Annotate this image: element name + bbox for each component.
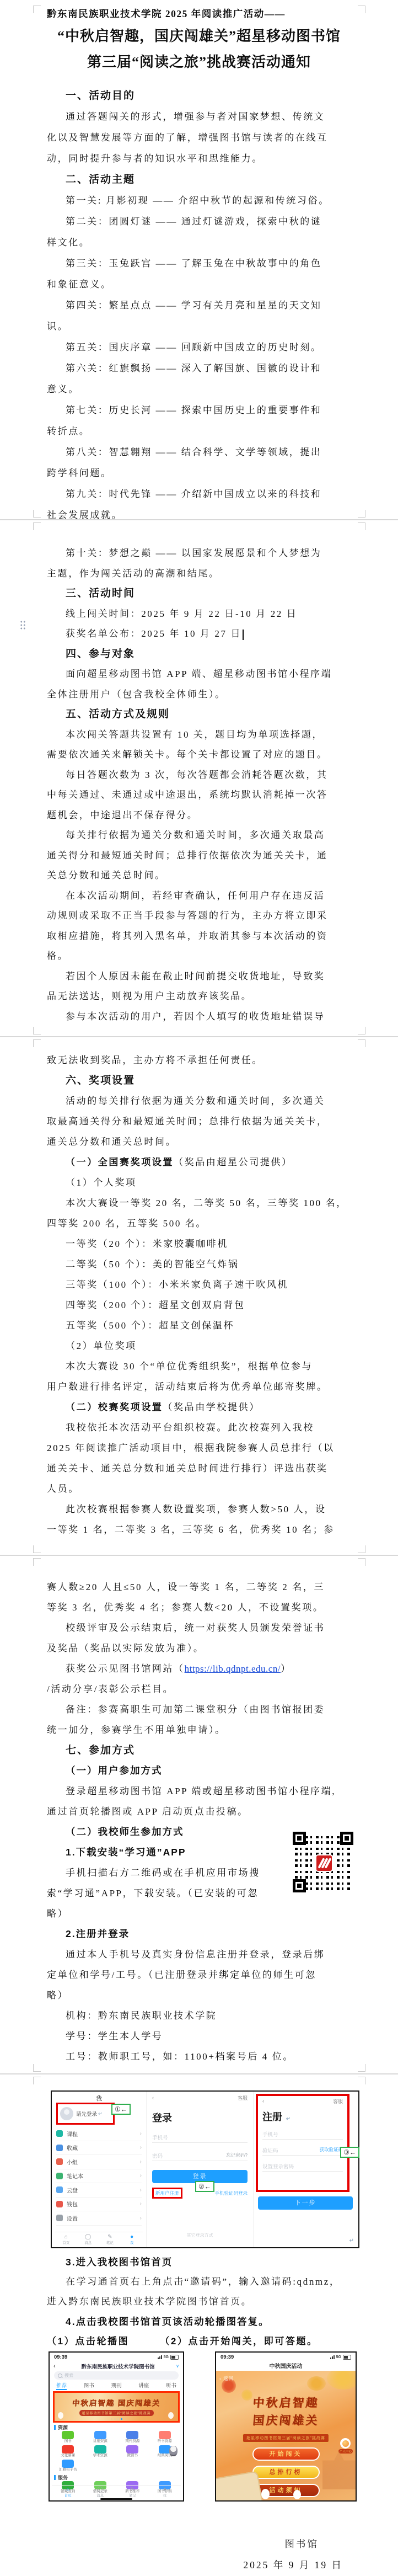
activity-page-screenshot: 09:39 5G 中秋国庆活动 ‹ 返回 中秋启智趣 国庆闯雄关 超星移动图书馆… [215, 2351, 357, 2502]
doc-line: （2）单位奖项 [47, 1336, 362, 1356]
期刊资源-icon [126, 2431, 138, 2439]
doc-line: 每关排行依据为通关分数和通关时间，多次通关取最高 [47, 825, 362, 846]
doc-line: （一）用户参加方式 [47, 1761, 362, 1781]
doc-line: 第六关：红旗飘扬 —— 深入了解国旗、国徽的设计和 [47, 358, 362, 379]
menu-label: 设置 [67, 2214, 140, 2222]
doc-line: 第一关: 月影初现 —— 介绍中秋节的起源和传统习俗。 [47, 190, 362, 211]
page-break [0, 2073, 398, 2074]
profile-tab-title: 我 [56, 2094, 142, 2102]
doc-line: 第九关：时代先锋 —— 介绍新中国成立以来的科技和 [47, 484, 362, 505]
doc-line: 动，同时提升参与者的知识水平和思维能力。 [47, 148, 362, 169]
page-corner-mark [358, 2077, 365, 2084]
page-break [0, 1555, 398, 1556]
banner-subtitle: 超星移动图书馆第三届“阅读之旅”挑战赛 [79, 2410, 154, 2416]
chevron-down-icon: ∨ [176, 2364, 179, 2369]
tab-笔记: ✎笔记 [99, 2234, 121, 2245]
poster-title-line1: 中秋启智趣 [216, 2394, 356, 2410]
notice-document: 黔东南民族职业技术学院 2025 年阅读推广活动—— “中秋启智趣，国庆闯雄关”… [0, 0, 398, 2576]
tab-icon: ✎ [99, 2234, 121, 2240]
小组-icon [56, 2158, 63, 2165]
section-services: 服务 [58, 2474, 68, 2481]
menu-label: 收藏 [67, 2143, 140, 2152]
doc-line: 第五关：国庆序章 —— 回顾新中国成立的历史时刻。 [47, 337, 362, 358]
tab-icon: ⌂ [52, 2487, 84, 2493]
学术资源-icon [94, 2445, 106, 2454]
page-corner-mark [33, 6, 41, 13]
doc-line: 在本次活动期间，若经审查确认，任何用户存在违反活 [47, 886, 362, 906]
page-corner-mark [358, 510, 365, 518]
password-field-placeholder: 密码 [152, 2152, 163, 2161]
doc-line-part: （二）校赛奖项设置 [66, 1402, 163, 1412]
page-corner-mark [33, 1558, 41, 1566]
doc-line: 线上闯关时间：2025 年 9 月 22 日-10 月 22 日 [47, 604, 362, 625]
chevron-right-icon: › [140, 2187, 142, 2193]
menu-item-设置: 设置› [56, 2211, 142, 2226]
rabbit-illustration [293, 2490, 301, 2499]
doc-line: 识。 [47, 316, 362, 337]
doc-line: 面向超星移动图书馆 APP 端、超星移动图书馆小程序端 [47, 664, 362, 685]
doc-line: 需要依次通关来解锁关卡。每个关卡都设置了对应的题目。 [47, 745, 362, 765]
tab-label: 笔记 [106, 2241, 114, 2245]
doc-line: 主题，作为闯关活动的高潮和结尾。 [47, 564, 362, 584]
page-corner-mark [33, 2077, 41, 2084]
doc-line: （一）全国赛奖项设置（奖品由超星公司提供） [47, 1152, 362, 1172]
doc-line: 通关得分和最短通关时间；总排行依据依次为通关关卡，通 [47, 846, 362, 866]
menu-item-钱包: 钱包› [56, 2198, 142, 2212]
app-entry-听书资源: 听书资源 [149, 2430, 181, 2445]
doc-line-part: （一）全国赛奖项设置 [66, 1157, 174, 1167]
doc-title-line2: 第三届“阅读之旅”挑战赛活动通知 [0, 49, 398, 75]
tab-icon: ◯ [84, 2487, 117, 2493]
profile-center-button: 个人中心 [338, 2438, 353, 2454]
start-challenge-button: 开始闯关 [252, 2447, 320, 2461]
paragraph-drag-handle-icon [20, 620, 26, 630]
menu-item-收藏: 收藏› [56, 2141, 142, 2156]
doc-line: 一等奖（20 个）：米家胶囊咖啡机 [47, 1234, 362, 1254]
forgot-password-link: 忘记密码? [226, 2152, 248, 2161]
doc-line-part: （1）点击轮播图 [47, 2336, 129, 2346]
moon-icon [340, 2438, 351, 2449]
doc-line: 通关关卡、通关总分数和通关总时间进行排行）评选出获奖 [47, 1458, 362, 1479]
phone-field-placeholder: 手机号 [262, 2130, 278, 2139]
page1-text: 一、活动目的通过答题闯关的形式，增强参与者对国家梦想、传统文化以及智慧发展等方面… [47, 86, 362, 526]
听书资源-icon [159, 2431, 171, 2439]
qr-finder-icon [293, 1879, 306, 1892]
new-user-register-link: 新用户注册 [152, 2188, 182, 2199]
register-title: 注册 ↵ [262, 2109, 343, 2124]
doc-header-line: 黔东南民族职业技术学院 2025 年阅读推广活动—— [47, 7, 359, 20]
carousel-dots [55, 2418, 178, 2420]
doc-line: 一等奖 1 名，二等奖 3 名，三等奖 6 名，优秀奖 10 名；参 [47, 1519, 362, 1540]
doc-line: 通关总分数和通关总时间。 [47, 1132, 362, 1152]
chevron-right-icon: › [140, 2173, 142, 2179]
page-corner-mark [33, 1545, 41, 1553]
page-corner-mark [33, 1039, 41, 1047]
doc-line: 四、参与对象 [47, 644, 362, 665]
step2-badge: ②← [195, 2181, 214, 2192]
doc-line: 全体注册用户（包含我校全体师生）。 [47, 685, 362, 705]
login-title: 登录 [152, 2110, 248, 2125]
doc-line: 备注：参赛高职生可加第二课堂积分（由图书馆报团委 [47, 1699, 362, 1720]
page-corner-mark [358, 522, 365, 530]
register-title-text: 注册 [262, 2111, 282, 2122]
login-prompt: 请先登录 [76, 2110, 97, 2118]
tab-label: 消息 [96, 2494, 104, 2498]
menu-item-课程: 课程› [56, 2127, 142, 2141]
page-break [0, 1036, 398, 1037]
service-link: 客服 [333, 2098, 343, 2105]
library-nav-title: 黔东南民族职业技术学院图书馆 [60, 2362, 176, 2370]
activity-nav-title: 中秋国庆活动 [216, 2361, 356, 2370]
entry-label: 期刊资源 [116, 2439, 149, 2444]
笔记本-icon [56, 2173, 63, 2179]
page-corner-mark [358, 1039, 365, 1047]
doc-line: 若因个人原因未能在截止时间前提交收货地址，导致奖 [47, 967, 362, 987]
doc-line: 第七关：历史长河 —— 探索中国历史上的重要事件和 [47, 400, 362, 421]
tab-推荐: 推荐 [56, 2381, 67, 2390]
menu-label: 钱包 [67, 2200, 140, 2208]
doc-line: 等奖 3 名，优秀奖 4 名；参赛人数<20 人，不设置奖项。 [47, 1597, 362, 1618]
tab-首页: ⌂首页 [55, 2234, 77, 2245]
page-corner-mark [358, 6, 365, 13]
return-mark-icon: ↵ [98, 2111, 103, 2117]
network-label: 5G [336, 2355, 341, 2359]
doc-line: 跨学科问题。 [47, 463, 362, 484]
get-code-link: 获取验证码 [319, 2146, 343, 2155]
home-indicator [100, 2498, 132, 2500]
doc-line: 取相应措施，将其列入黑名单，并取消其参与本次活动的资 [47, 926, 362, 947]
tab-icon: ✎ [116, 2487, 149, 2493]
chevron-right-icon: › [140, 2201, 142, 2207]
tab-首页: ⌂首页 [52, 2487, 84, 2498]
battery-icon [170, 2355, 179, 2360]
tab-icon: ◯ [77, 2234, 99, 2240]
doc-line: 略） [47, 1985, 362, 2006]
doc-line: 通过答题闯关的形式，增强参与者对国家梦想、传统文 [47, 106, 362, 127]
收藏-icon [56, 2145, 63, 2151]
云盘-icon [56, 2186, 63, 2193]
register-panel: ‹ 客服 注册 ↵ 手机号 验证码 获取验证码 设置登录密码 下一步 ③← [254, 2092, 357, 2247]
library-website-link[interactable]: https://lib.qdnpt.edu.cn/ [185, 1663, 281, 1674]
step1-badge: ①← [111, 2104, 131, 2115]
doc-line: 通过首页轮播图或 APP 启动页点击投稿。 [47, 1801, 362, 1822]
resources-grid: 图书讲座资源期刊资源听书资源文化慕课学术资源微读书经典阅读汇雅电子书 [50, 2430, 183, 2473]
back-icon: ‹ [262, 2098, 264, 2104]
page-corner-mark [358, 1545, 365, 1553]
tab-我: ●我 [121, 2234, 143, 2245]
doc-line: 4.点击我校图书馆首页该活动轮播图答复。 [47, 2312, 362, 2332]
doc-line: 样文化。 [47, 232, 362, 253]
doc-line: 2025 年阅读推广活动项目中，根据我院参赛人员总排行（以 [47, 1438, 362, 1458]
doc-line: 通过本人手机号及真实身份信息注册并登录，登录后绑 [47, 1944, 362, 1965]
doc-line: 一、活动目的 [47, 86, 362, 106]
tab-icon: ⌂ [55, 2234, 77, 2240]
设置-icon [56, 2215, 63, 2221]
tab-icon: ● [121, 2234, 143, 2240]
doc-line: 3.进入我校图书馆首页 [47, 2252, 362, 2272]
page-corner-mark [33, 510, 41, 518]
entry-label: 文化慕课 [52, 2454, 84, 2458]
profile-menu: 课程›收藏›小组›笔记本›云盘›钱包›设置› [56, 2127, 142, 2226]
tab-听书: 听书 [166, 2381, 176, 2390]
app-entry-微读书: 微读书 [116, 2445, 149, 2459]
qr-finder-icon [293, 1832, 306, 1845]
page5-text: 3.进入我校图书馆首页在学习通首页右上角点击“邀请码”，输入邀请码:qdnmz，… [47, 2252, 362, 2351]
tab-label: 我 [163, 2494, 167, 2498]
app-steps-screenshot: 我 请先登录 ↵ ①← 课程›收藏›小组›笔记本›云盘›钱包›设置› ⌂首页◯消… [51, 2090, 359, 2248]
poster-title-line2: 国庆闯雄关 [216, 2412, 356, 2428]
图书-icon [62, 2431, 74, 2439]
code-field-placeholder: 验证码 [262, 2146, 278, 2155]
tab-我: ●我 [149, 2487, 181, 2498]
tab-icon: ● [149, 2487, 181, 2493]
service-link: 客服 [238, 2094, 248, 2102]
doc-line: 登录超星移动图书馆 APP 端或超星移动图书馆小程序端, [47, 1781, 362, 1801]
category-tabs: 推荐图书期刊讲座听书 [50, 2380, 183, 2390]
menu-label: 云盘 [67, 2186, 140, 2194]
doc-line: 第十关：梦想之巅 —— 以国家发展愿景和个人梦想为 [47, 543, 362, 564]
sms-login-link: 手机验证码登录 [214, 2190, 248, 2196]
signature-issuer: 图书馆 [47, 2536, 359, 2552]
doc-line: 我校依托本次活动平台组织校赛。此次校赛列入我校 [47, 1417, 362, 1438]
menu-item-云盘: 云盘› [56, 2183, 142, 2198]
doc-line: 六、奖项设置 [47, 1070, 362, 1091]
doc-line: 参与本次活动的用户，若因个人填写的收货地址错误导 [47, 1007, 362, 1027]
doc-line: 动规则或采取不正当手段参与答题的行为，主办方将立即采 [47, 906, 362, 926]
tab-label: 我 [130, 2241, 134, 2245]
building-silhouette [322, 2451, 356, 2489]
tab-label: 首页 [62, 2241, 69, 2245]
section-resources: 资源 [58, 2424, 68, 2431]
page-corner-mark [358, 2064, 365, 2072]
menu-item-小组: 小组› [56, 2155, 142, 2169]
doc-line: 四等奖（200 个）：超星文创双肩背包 [47, 1295, 362, 1315]
doc-line: 意义。 [47, 379, 362, 400]
chevron-right-icon: › [140, 2145, 142, 2151]
return-mark-icon: ↵ [286, 2116, 291, 2121]
tab-label: 消息 [84, 2241, 92, 2245]
tab-笔记: ✎笔记 [116, 2487, 149, 2498]
page-break [0, 519, 398, 520]
课程-icon [56, 2130, 63, 2137]
doc-line: 题机会，中途退出不保存得分。 [47, 806, 362, 826]
doc-line: 学号：学生本人学号 [47, 2026, 362, 2046]
chevron-right-icon: › [140, 2131, 142, 2137]
doc-line: 二、活动主题 [47, 169, 362, 190]
doc-line: 第四关：繁星点点 —— 学习有关月亮和星星的天文知 [47, 295, 362, 316]
app-entry-文化慕课: 文化慕课 [52, 2445, 84, 2459]
doc-line: 本次闯关答题共设置有 10 关，题目均为单项选择题， [47, 725, 362, 745]
login-panel: ‹ 客服 登录 手机号 密码 忘记密码? 登录 新用户注册 手机验证码登录 ②←… [147, 2092, 254, 2247]
search-icon [58, 2374, 62, 2378]
menu-label: 小组 [67, 2158, 140, 2166]
tab-label: 首页 [64, 2494, 72, 2498]
doc-line: 此次校赛根据参赛人数设置奖项，参赛人数>50 人，设 [47, 1499, 362, 1519]
return-mark-icon: ↵ [349, 2238, 354, 2244]
doc-line: 用户数进行排名评定，活动结束后将为优秀单位邮寄奖牌。 [47, 1377, 362, 1397]
chevron-right-icon: › [140, 2159, 142, 2165]
doc-line: 三等奖（100 个）：小米米家负离子速干吹风机 [47, 1274, 362, 1295]
doc-line: 五等奖（500 个）：超星文创保温杯 [47, 1315, 362, 1336]
page3-text: 致无法收到奖品，主办方将不承担任何责任。六、奖项设置活动的每关排行依据为通关分数… [47, 1050, 362, 1540]
page-corner-mark [33, 2064, 41, 2072]
doc-line: 第二关：团圆灯谜 —— 通过灯谜游戏，探索中秋的谜 [47, 211, 362, 232]
bottom-tabbar: ⌂首页◯消息✎笔记●我 [55, 2232, 143, 2245]
doc-line: 二等奖（50 个）：美的智能空气炸锅 [47, 1254, 362, 1274]
doc-line: 获奖名单公布：2025 年 10 月 27 日 [47, 624, 362, 644]
qr-finder-icon [340, 1832, 353, 1845]
tab-消息: ◯消息 [77, 2234, 99, 2245]
doc-line: 人员。 [47, 1479, 362, 1499]
doc-line: 关总分数和通关总时间。 [47, 866, 362, 886]
doc-line: 转折点。 [47, 421, 362, 442]
menu-label: 课程 [67, 2130, 140, 2138]
status-time: 09:39 [220, 2354, 234, 2360]
profile-center-label: 个人中心 [338, 2449, 353, 2454]
search-placeholder: 搜索 [64, 2372, 73, 2378]
app-entry-汇雅电子书: 汇雅电子书 [52, 2459, 84, 2473]
signal-icon [158, 2355, 162, 2359]
doc-line: 三、活动时间 [47, 584, 362, 604]
doc-line-part: （2）点击开始闯关，即可答题。 [160, 2336, 318, 2346]
scroll-illustration [216, 2471, 263, 2500]
app-entry-经典阅读: 经典阅读 [149, 2445, 181, 2459]
讲座资源-icon [94, 2431, 106, 2439]
activity-poster: ‹ 返回 中秋启智趣 国庆闯雄关 超星移动图书馆第三届“阅读之旅”挑战赛 开始闯… [216, 2371, 356, 2500]
page4-text: 赛人数≥20 人且≤50 人，设一等奖 1 名，二等奖 2 名，三等奖 3 名，… [47, 1577, 362, 2067]
search-bar: 搜索 [54, 2371, 179, 2380]
entry-label: 听书资源 [149, 2439, 181, 2444]
tab-期刊: 期刊 [111, 2381, 121, 2390]
back-icon: ‹ [152, 2095, 154, 2100]
doc-line: 格。 [47, 946, 362, 967]
set-password-placeholder: 设置登录密码 [262, 2162, 294, 2171]
page-corner-mark [33, 522, 41, 530]
menu-item-笔记本: 笔记本› [56, 2169, 142, 2184]
other-login-methods: 其它登录方式 [147, 2232, 253, 2238]
doc-line: /活动分享/表彰公示栏目。 [47, 1679, 362, 1699]
xuexitong-qr-code [293, 1832, 353, 1892]
doc-line: 进入黔东南民族职业技术学院图书馆首页。 [47, 2292, 362, 2312]
app-entry-学术资源: 学术资源 [84, 2445, 117, 2459]
doc-line: 机构：黔东南民族职业技术学院 [47, 2006, 362, 2026]
doc-line: 校级评审及公示结束后，统一对获奖人员颁发荣誉证书 [47, 1618, 362, 1638]
doc-line: 及奖品（奖品以实际发放为准）。 [47, 1638, 362, 1658]
doc-line: 品无法送达，则视为用户主动放弃该奖品。 [47, 986, 362, 1007]
back-icon: ‹ [53, 2363, 60, 2370]
doc-line-part: （奖品由超星公司提供） [174, 1157, 293, 1167]
doc-line: （1）点击轮播图（2）点击开始闯关，即可答题。 [47, 2332, 362, 2351]
tab-label: 笔记 [129, 2494, 136, 2498]
文化慕课-icon [62, 2445, 74, 2454]
doc-line-part: ） [281, 1663, 292, 1674]
network-label: 5G [164, 2355, 169, 2359]
signature-date: 2025 年 9 月 19 日 [47, 2557, 359, 2573]
entry-label: 图书 [52, 2439, 84, 2444]
doc-line: 在学习通首页右上角点击“邀请码”，输入邀请码:qdnmz， [47, 2272, 362, 2292]
phone-field-placeholder: 手机号 [152, 2134, 168, 2142]
bottom-tabbar: ⌂首页◯消息✎笔记●我 [52, 2485, 181, 2498]
login-entry-highlight: 请先登录 ↵ [56, 2103, 115, 2125]
register-highlight: ‹ 客服 注册 ↵ 手机号 验证码 获取验证码 设置登录密码 [256, 2094, 349, 2192]
app-entry-讲座资源: 讲座资源 [84, 2430, 117, 2445]
doc-line: （1）个人奖项 [47, 1172, 362, 1193]
tab-消息: ◯消息 [84, 2487, 117, 2498]
doc-line: 致无法收到奖品，主办方将不承担任何责任。 [47, 1050, 362, 1070]
entry-label: 汇雅电子书 [52, 2468, 84, 2472]
doc-line: 本次大赛设一等奖 20 名，二等奖 50 名，三等奖 100 名， [47, 1193, 362, 1213]
doc-line: 五、活动方式及规则 [47, 705, 362, 725]
library-home-screenshot: 09:39 5G ‹ 黔东南民族职业技术学院图书馆 ∨ 搜索 推荐图书期刊讲座听… [49, 2351, 184, 2502]
back-link: ‹ 返回 [219, 2375, 234, 2382]
rabbit-illustration [261, 2489, 270, 2499]
doc-line: 活动的每关排行依据为通关分数和通关时间，多次通关 [47, 1091, 362, 1111]
汇雅电子书-icon [62, 2460, 74, 2468]
page-corner-mark [33, 1027, 41, 1034]
chevron-right-icon: › [140, 2215, 142, 2221]
poster-band: 超星移动图书馆第三届“阅读之旅”挑战赛 [243, 2434, 329, 2442]
banner-title: 中秋启智趣 国庆闯雄关 [54, 2397, 178, 2408]
doc-line: 社会发展成就。 [47, 505, 362, 526]
activity-banner: 中秋启智趣 国庆闯雄关 超星移动图书馆第三届“阅读之旅”挑战赛 [53, 2391, 180, 2423]
doc-title: “中秋启智趣，国庆闯雄关”超星移动图书馆 第三届“阅读之旅”挑战赛活动通知 [0, 23, 398, 75]
doc-line-part: 获奖公示见图书馆网站（ [66, 1663, 185, 1674]
钱包-icon [56, 2201, 63, 2207]
doc-line: 化以及智慧发展等方面的了解，增强图书馆与读者的在线互 [47, 127, 362, 148]
doc-line: 获奖公示见图书馆网站（https://lib.qdnpt.edu.cn/） [47, 1658, 362, 1679]
signal-icon [330, 2355, 335, 2359]
tab-讲座: 讲座 [138, 2381, 149, 2390]
xuexitong-logo-icon [315, 1854, 333, 1872]
doc-line: 和象征意义。 [47, 274, 362, 295]
doc-line-part: （奖品由学校提供） [163, 1402, 260, 1412]
step3-badge: ③← [340, 2147, 359, 2158]
profile-panel: 我 请先登录 ↵ ①← 课程›收藏›小组›笔记本›云盘›钱包›设置› ⌂首页◯消… [52, 2092, 147, 2247]
leaderboard-button: 总排行榜 [252, 2466, 320, 2479]
next-step-button: 下一步 [258, 2196, 353, 2210]
doc-line: 本次大赛设 30 个“单位优秀组织奖”，根据单位参与 [47, 1356, 362, 1377]
微读书-icon [126, 2445, 138, 2454]
doc-line: 第八关：智慧翱翔 —— 结合科学、文学等领域，提出 [47, 442, 362, 463]
doc-line: 定单位和学号/工号。（已注册登录并绑定单位的师生可忽 [47, 1965, 362, 1985]
status-time: 09:39 [54, 2354, 67, 2360]
menu-label: 笔记本 [67, 2172, 140, 2180]
doc-line: 赛人数≥20 人且≤50 人，设一等奖 1 名，二等奖 2 名，三 [47, 1577, 362, 1597]
doc-line: 统一加分，参赛学生不用单独申请）。 [47, 1720, 362, 1740]
doc-line: 中每关通过、未通过或中途退出，系统均默认消耗掉一次答 [47, 785, 362, 806]
battery-icon [343, 2355, 351, 2360]
page2-text: 第十关：梦想之巅 —— 以国家发展愿景和个人梦想为主题，作为闯关活动的高潮和结尾… [47, 543, 362, 1027]
tab-图书: 图书 [84, 2381, 94, 2390]
app-entry-图书: 图书 [52, 2430, 84, 2445]
doc-line: 七、参加方式 [47, 1740, 362, 1761]
avatar [60, 2107, 73, 2120]
page-corner-mark [358, 1558, 365, 1566]
entry-label: 讲座资源 [84, 2439, 117, 2444]
page-corner-mark [358, 1027, 365, 1034]
doc-title-line1: “中秋启智趣，国庆闯雄关”超星移动图书馆 [0, 23, 398, 49]
doc-line: 四等奖 200 名，五等奖 500 名。 [47, 1213, 362, 1234]
mascot-illustration [169, 2446, 178, 2456]
doc-line: 略） [47, 1903, 362, 1924]
entry-label: 微读书 [116, 2454, 149, 2458]
doc-line: 取最高通关得分和最短通关时间；总排行依据为通关关卡， [47, 1111, 362, 1132]
doc-line: 第三关：玉兔跃宫 —— 了解玉兔在中秋故事中的角色 [47, 253, 362, 274]
entry-label: 学术资源 [84, 2454, 117, 2458]
text-cursor [243, 630, 244, 640]
doc-line: 每日答题次数为 3 次，每次答题都会消耗答题次数，其 [47, 765, 362, 786]
doc-line: 2.注册并登录 [47, 1924, 362, 1944]
